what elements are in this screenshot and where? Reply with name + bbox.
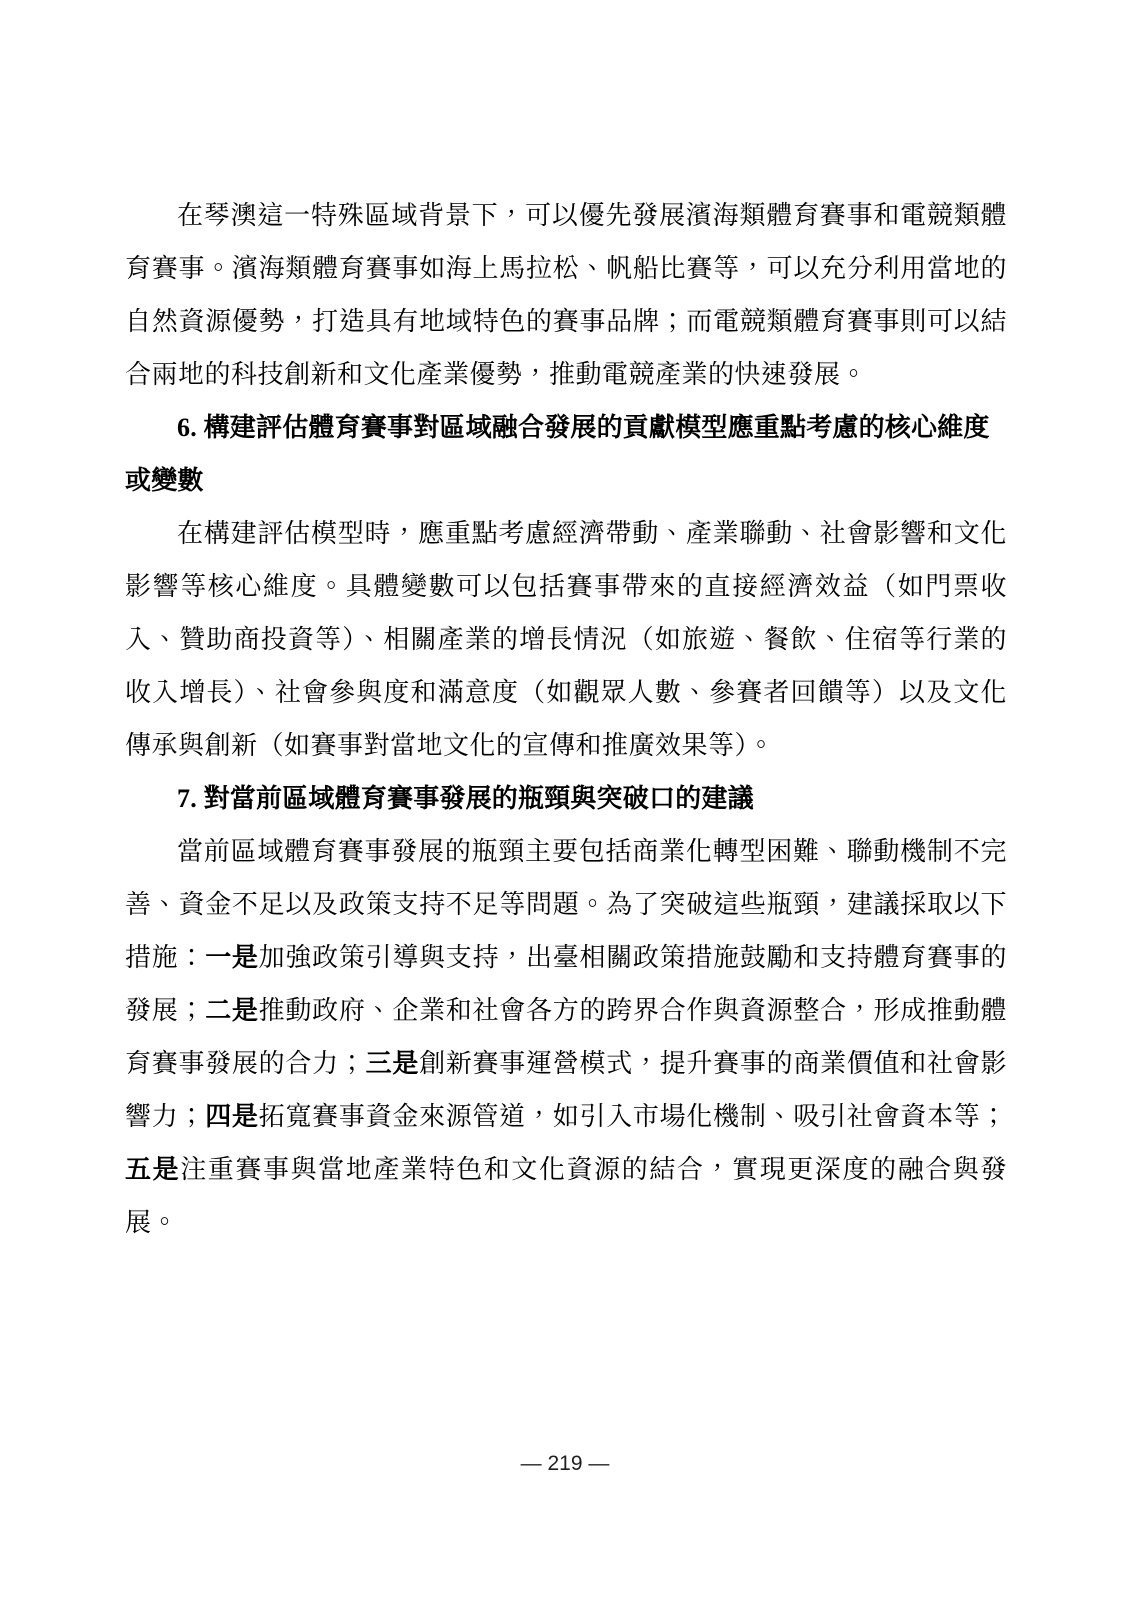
section-heading-7: 7. 對當前區域體育賽事發展的瓶頸與突破口的建議 [125,772,1007,825]
emphasis-enumerator: 一是 [205,943,258,972]
paragraph-text-segment: 注重賽事與當地產業特色和文化資源的結合，實現更深度的融合與發展。 [125,1155,1007,1237]
emphasis-enumerator: 五是 [125,1155,180,1184]
page-footer: — 219 — [0,1452,1130,1476]
document-content: 在琴澳這一特殊區域背景下，可以優先發展濱海類體育賽事和電競類體育賽事。濱海類體育… [125,189,1007,1249]
paragraph-bottleneck-suggestions: 當前區域體育賽事發展的瓶頸主要包括商業化轉型困難、聯動機制不完善、資金不足以及政… [125,825,1007,1249]
paragraph-qin-ao-background: 在琴澳這一特殊區域背景下，可以優先發展濱海類體育賽事和電競類體育賽事。濱海類體育… [125,189,1007,401]
emphasis-enumerator: 二是 [205,996,259,1025]
emphasis-enumerator: 三是 [365,1049,419,1078]
emphasis-enumerator: 四是 [205,1102,259,1131]
page-number: — 219 — [521,1452,610,1475]
section-heading-6: 6. 構建評估體育賽事對區域融合發展的貢獻模型應重點考慮的核心維度或變數 [125,401,1007,507]
paragraph-text-segment: 拓寬賽事資金來源管道，如引入市場化機制、吸引社會資本等； [259,1102,1007,1131]
paragraph-evaluation-model: 在構建評估模型時，應重點考慮經濟帶動、產業聯動、社會影響和文化影響等核心維度。具… [125,507,1007,772]
document-page: 在琴澳這一特殊區域背景下，可以優先發展濱海類體育賽事和電競類體育賽事。濱海類體育… [0,0,1130,1600]
